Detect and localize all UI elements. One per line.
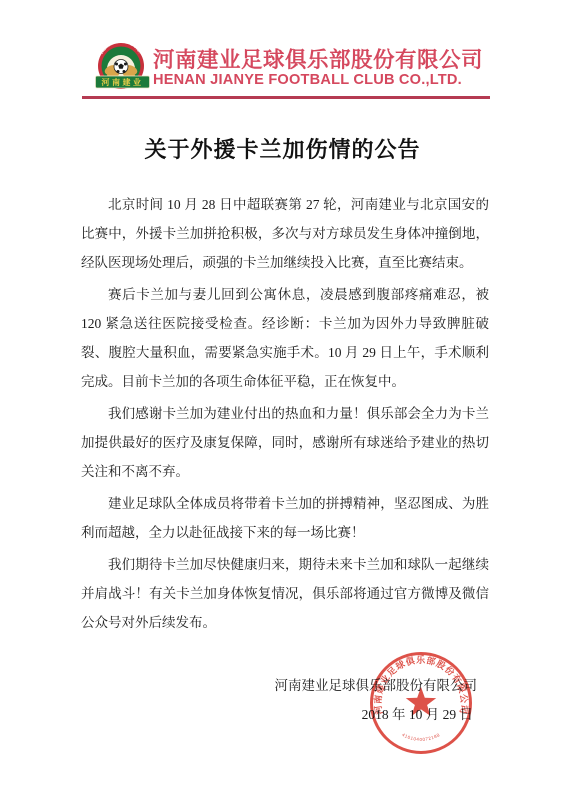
club-crest-svg: HENAN JIANYE F.C. 1994 [95, 42, 150, 91]
announcement-body: 北京时间 10 月 28 日中超联赛第 27 轮，河南建业与北京国安的比赛中，外… [81, 190, 489, 640]
paragraph-4: 建业足球队全体成员将带着卡兰加的拼搏精神，坚忍图成、为胜利而超越，全力以赴征战接… [81, 489, 489, 547]
club-crest-icon: HENAN JIANYE F.C. 1994 [95, 42, 150, 91]
signature-date: 2018 年 10 月 29 日 [275, 700, 478, 729]
announcement-title: 关于外援卡兰加伤情的公告 [0, 133, 565, 164]
seal-serial-number: 4101040072188 [401, 732, 441, 742]
company-name-cn: 河南建业足球俱乐部股份有限公司 [153, 48, 483, 73]
company-name-en: HENAN JIANYE FOOTBALL CLUB CO.,LTD. [153, 73, 483, 88]
signature-company: 河南建业足球俱乐部股份有限公司 [275, 671, 478, 700]
paragraph-1: 北京时间 10 月 28 日中超联赛第 27 轮，河南建业与北京国安的比赛中，外… [81, 190, 489, 277]
header-divider [82, 96, 490, 99]
football-icon [114, 60, 128, 74]
paragraph-3: 我们感谢卡兰加为建业付出的热血和力量！俱乐部会全力为卡兰加提供最好的医疗及康复保… [81, 399, 489, 486]
paragraph-5: 我们期待卡兰加尽快健康归来，期待未来卡兰加和球队一起继续并肩战斗！有关卡兰加身体… [81, 550, 489, 637]
header-company-names: 河南建业足球俱乐部股份有限公司 HENAN JIANYE FOOTBALL CL… [153, 42, 483, 88]
document-header: HENAN JIANYE F.C. 1994 [95, 42, 483, 91]
crest-banner-text: 河南建业 [102, 77, 144, 87]
announcement-document: HENAN JIANYE F.C. 1994 [0, 0, 565, 800]
signature-block: 河南建业足球俱乐部股份有限公司 2018 年 10 月 29 日 [275, 671, 478, 729]
paragraph-2: 赛后卡兰加与妻儿回到公寓休息，凌晨感到腹部疼痛难忍，被 120 紧急送往医院接受… [81, 280, 489, 396]
